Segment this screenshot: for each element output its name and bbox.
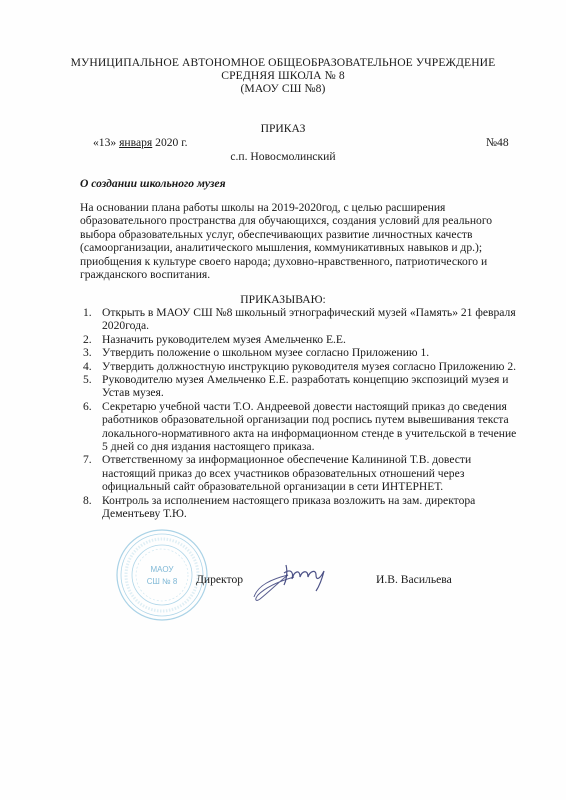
handwritten-signature-icon	[250, 555, 350, 605]
preamble-line: выбора образовательных услуг, обеспечива…	[80, 228, 500, 241]
decree-item: 4. Утвердить должностную инструкцию руко…	[80, 360, 540, 373]
header-abbreviation: (МАОУ СШ №8)	[0, 82, 566, 95]
signatory-position: Директор	[196, 573, 243, 586]
decree-item: 2. Назначить руководителем музея Амельче…	[80, 333, 540, 346]
decree-item: 1. Открыть в МАОУ СШ №8 школьный этногра…	[80, 306, 540, 333]
preamble-line: На основании плана работы школы на 2019-…	[80, 201, 500, 214]
preamble-line: (самоорганизации, аналитического мышлени…	[80, 241, 500, 254]
date-year: 2020 г.	[155, 136, 187, 149]
header-school: СРЕДНЯЯ ШКОЛА № 8	[0, 69, 566, 82]
decree-heading: ПРИКАЗЫВАЮ:	[0, 293, 566, 306]
order-title: ПРИКАЗ	[0, 122, 566, 135]
header-institution: МУНИЦИПАЛЬНОЕ АВТОНОМНОЕ ОБЩЕОБРАЗОВАТЕЛ…	[0, 56, 566, 69]
decree-item: 7. Ответственному за информационное обес…	[80, 453, 540, 493]
preamble-line: приобщения к культуре своего народа; дух…	[80, 255, 500, 268]
order-place: с.п. Новосмолинский	[0, 150, 566, 163]
order-date: «13» января 2020 г.	[93, 136, 188, 149]
svg-text:СШ № 8: СШ № 8	[147, 577, 178, 586]
official-stamp-icon: МАОУ СШ № 8	[115, 528, 209, 622]
signatory-name: И.В. Васильева	[376, 573, 452, 586]
preamble-line: гражданского воспитания.	[80, 268, 500, 281]
document-page: МУНИЦИПАЛЬНОЕ АВТОНОМНОЕ ОБЩЕОБРАЗОВАТЕЛ…	[0, 0, 566, 800]
date-day: «13»	[93, 136, 116, 149]
decree-item: 5. Руководителю музея Амельченко Е.Е. ра…	[80, 373, 540, 400]
date-month: января	[119, 136, 152, 149]
order-number: №48	[486, 136, 509, 149]
decree-list: 1. Открыть в МАОУ СШ №8 школьный этногра…	[80, 306, 540, 521]
decree-item: 6. Секретарю учебной части Т.О. Андреево…	[80, 400, 540, 454]
svg-text:МАОУ: МАОУ	[151, 565, 175, 574]
preamble: На основании плана работы школы на 2019-…	[80, 201, 500, 281]
order-subject: О создании школьного музея	[80, 177, 226, 190]
decree-item: 3. Утвердить положение о школьном музее …	[80, 346, 540, 359]
preamble-line: образовательного пространства для обучаю…	[80, 214, 500, 227]
decree-item: 8. Контроль за исполнением настоящего пр…	[80, 494, 540, 521]
